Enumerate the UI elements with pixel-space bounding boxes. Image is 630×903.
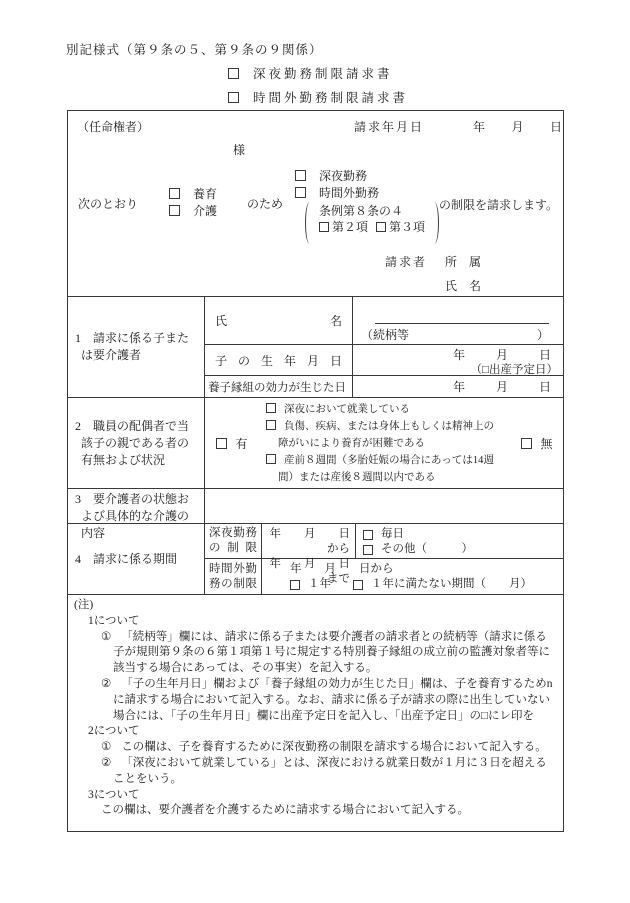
expected-birth-note: （□出産予定日） — [471, 361, 558, 377]
night-label-line2: の制限 — [209, 541, 257, 556]
ordinance-para2-label: 第２項 — [332, 219, 368, 235]
night-everyday-checkbox[interactable] — [363, 530, 373, 540]
form-reference: 別記様式（第９条の５、第９条の９関係） — [66, 40, 323, 58]
overtime-period: 年 月 日から １年 １年に満たない期間（ 月） — [262, 559, 563, 594]
night-other-option: その他（ ） — [363, 542, 563, 557]
ordinance-para2-checkbox[interactable] — [319, 222, 329, 232]
note-marker: ② — [101, 757, 111, 769]
note-marker: ① — [101, 631, 111, 643]
spouse-absent-option: 無 — [513, 435, 561, 452]
note-group-2-title: 2について — [74, 724, 555, 740]
form-title-night-label: 深夜勤務制限請求書 — [253, 64, 393, 82]
section-2-content: 有 深夜において就業している 負傷、疾病、または身体上もしくは精神上の障がいによ… — [205, 398, 563, 488]
form-body: （任命権者） 請求年月日 年 月 日 様 次のとおり 養育 介護 のため — [67, 110, 564, 832]
year-unit: 年 — [453, 346, 465, 363]
request-suffix-text: の制限を請求します。 — [439, 196, 558, 213]
section-1-heading: 1 請求に係る子または要介護者 — [68, 297, 205, 397]
ordinance-content: 条例第８条の４ 第２項 第３項 — [314, 202, 430, 244]
name-row-label-text: 氏名 — [215, 312, 342, 329]
requester-label: 請求者 — [385, 253, 427, 270]
reason-childcare-label: 養育 — [193, 185, 217, 202]
name-fill-line[interactable] — [375, 323, 549, 324]
restriction-night-row: 深夜勤務 — [295, 167, 379, 184]
note-text: 「深夜において就業している」とは、深夜における就業日数が１月に３日を超えることを… — [113, 757, 547, 785]
night-label-line1: 深夜勤務 — [209, 526, 257, 541]
reason-childcare-row: 養育 — [169, 185, 217, 202]
spouse-absent-label: 無 — [540, 435, 552, 452]
purpose-text: のため — [247, 195, 283, 212]
relation-note-text: （続柄等 — [361, 326, 409, 343]
relation-note: （続柄等 ） — [361, 326, 549, 343]
note-group-1-title: 1について — [74, 614, 555, 630]
condition-3-label: 産前８週間（多胎妊娠の場合にあっては14週間）または産後８週間以内である — [278, 455, 494, 483]
ordinance-para3: 第３項 — [376, 219, 425, 235]
ordinance-text: 条例第８条の４ — [319, 203, 425, 219]
condition-3-checkbox[interactable] — [266, 454, 276, 464]
adoption-row-label-text: 養子縁組の効力が生じた日 — [208, 379, 346, 395]
note-item: ①「続柄等」欄には、請求に係る子または要介護者の請求者との続柄等（請求に係る子が… — [74, 630, 555, 677]
note-marker: ② — [101, 678, 111, 690]
section-4-heading: 4 請求に係る期間 — [68, 524, 205, 594]
condition-item: 深夜において就業している — [266, 401, 504, 418]
reason-childcare-checkbox[interactable] — [169, 188, 180, 199]
condition-item: 負傷、疾病、または身体上もしくは精神上の障がいにより養育が困難である — [266, 418, 504, 452]
night-restriction-row: 深夜勤務 の制限 年 月 日から 年 月 日まで 毎日 — [205, 524, 563, 559]
section-2-heading: 2 職員の配偶者で当該子の親である者の有無および状況 — [68, 398, 205, 488]
restriction-options: 深夜勤務 時間外勤務 — [295, 167, 379, 201]
birth-row-label-text: 子の生年月日 — [215, 352, 342, 369]
adoption-row-value: 年 月 日 — [353, 376, 563, 397]
relation-note-close: ） — [537, 326, 549, 343]
condition-2-checkbox[interactable] — [266, 420, 276, 430]
night-everyday-option: 毎日 — [363, 527, 563, 542]
name-row-label: 氏名 — [205, 297, 353, 344]
night-other-checkbox[interactable] — [363, 545, 373, 555]
bracket-left-icon — [305, 202, 314, 244]
overtime-period-from: 年 月 日から — [290, 562, 558, 577]
birth-row: 子の生年月日 年 月 日 （□出産予定日） — [205, 345, 563, 376]
document-page: 別記様式（第９条の５、第９条の９関係） 深夜勤務制限請求書 時間外勤務制限請求書… — [0, 0, 630, 903]
condition-2-label: 負傷、疾病、または身体上もしくは精神上の障がいにより養育が困難である — [278, 421, 494, 449]
intro-text: 次のとおり — [78, 195, 138, 212]
night-other-label: その他（ ） — [381, 542, 473, 557]
form-title-night-row: 深夜勤務制限請求書 — [228, 64, 393, 82]
ordinance-para3-checkbox[interactable] — [376, 222, 386, 232]
name-row-value: （続柄等 ） — [353, 297, 563, 344]
restriction-night-checkbox[interactable] — [295, 170, 306, 181]
title-overtime-checkbox[interactable] — [228, 92, 239, 103]
name-label: 氏 名 — [445, 277, 481, 294]
overtime-oneyear-label: １年 — [308, 577, 331, 592]
note-text: この欄は、子を養育するために深夜勤務の制限を請求する場合において記入する。 — [121, 741, 547, 753]
section-4: 4 請求に係る期間 深夜勤務 の制限 年 月 日から 年 月 日まで — [68, 524, 563, 595]
section-3-content — [205, 489, 563, 523]
condition-item: 産前８週間（多胎妊娠の場合にあっては14週間）または産後８週間以内である — [266, 452, 504, 486]
ordinance-bracket: 条例第８条の４ 第２項 第３項 — [305, 202, 439, 244]
overtime-lessthanyear-checkbox[interactable] — [353, 580, 363, 590]
ordinance-options: 第２項 第３項 — [319, 219, 425, 235]
restriction-overtime-row: 時間外勤務 — [295, 184, 379, 201]
note-marker: ① — [101, 741, 111, 753]
overtime-lessthanyear-option: １年に満たない期間（ 月） — [353, 577, 532, 592]
year-unit: 年 — [453, 378, 465, 395]
birth-row-value: 年 月 日 （□出産予定日） — [353, 345, 563, 375]
note-item: ②「深夜において就業している」とは、深夜における就業日数が１月に３日を超えること… — [74, 756, 555, 788]
restriction-overtime-label: 時間外勤務 — [319, 184, 379, 201]
spouse-present-label: 有 — [235, 435, 247, 452]
overtime-label-line1: 時間外勤 — [209, 562, 257, 577]
night-restriction-label: 深夜勤務 の制限 — [205, 524, 262, 558]
reason-nursing-label: 介護 — [193, 202, 217, 219]
ordinance-para2: 第２項 — [319, 219, 368, 235]
title-night-checkbox[interactable] — [228, 68, 239, 79]
form-title-overtime-label: 時間外勤務制限請求書 — [253, 88, 408, 106]
form-header: （任命権者） 請求年月日 年 月 日 様 次のとおり 養育 介護 のため — [68, 111, 563, 297]
note-group-3-title: 3について — [74, 788, 555, 804]
appointer-label: （任命権者） — [77, 118, 149, 135]
condition-1-label: 深夜において就業している — [284, 404, 410, 415]
year-unit: 年 — [473, 118, 485, 135]
restriction-night-label: 深夜勤務 — [319, 167, 367, 184]
restriction-overtime-checkbox[interactable] — [295, 187, 306, 198]
night-everyday-label: 毎日 — [381, 527, 404, 542]
birth-row-label: 子の生年月日 — [205, 345, 353, 375]
section-1: 1 請求に係る子または要介護者 氏名 （続柄等 ） — [68, 297, 563, 398]
spouse-present-option: 有 — [207, 435, 257, 452]
conditions-list: 深夜において就業している 負傷、疾病、または身体上もしくは精神上の障がいにより養… — [266, 401, 504, 486]
overtime-label-line2: 務の制限 — [209, 577, 257, 592]
honorific-label: 様 — [233, 141, 245, 158]
reason-options: 養育 介護 — [169, 185, 217, 219]
section-4-heading-text: 4 請求に係る期間 — [75, 551, 177, 568]
notes-section: (注) 1について ①「続柄等」欄には、請求に係る子または要介護者の請求者との続… — [68, 595, 563, 819]
section-1-heading-text: 1 請求に係る子または要介護者 — [75, 330, 199, 364]
month-unit: 月 — [511, 118, 523, 135]
overtime-lessthanyear-label: １年に満たない期間（ 月） — [371, 577, 532, 592]
affiliation-label: 所 属 — [445, 253, 481, 270]
day-unit: 日 — [550, 118, 562, 135]
month-unit: 月 — [496, 378, 508, 395]
spouse-absent-checkbox[interactable] — [521, 438, 532, 449]
night-period: 年 月 日から 年 月 日まで — [262, 524, 356, 558]
overtime-options: １年 １年に満たない期間（ 月） — [290, 577, 558, 592]
form-title-overtime-row: 時間外勤務制限請求書 — [228, 88, 408, 106]
name-row: 氏名 （続柄等 ） — [205, 297, 563, 345]
night-options: 毎日 その他（ ） — [356, 524, 563, 558]
night-period-from: 年 月 日から — [262, 527, 350, 557]
request-date-label: 請求年月日 — [354, 118, 424, 135]
overtime-oneyear-option: １年 — [290, 577, 331, 592]
request-date-units: 年 月 日 — [473, 118, 562, 135]
notes-heading: (注) — [74, 598, 555, 614]
adoption-date-units: 年 月 日 — [453, 378, 551, 395]
note-text: この欄は、要介護者を介護するために請求する場合において記入する。 — [74, 803, 555, 819]
overtime-restriction-row: 時間外勤 務の制限 年 月 日から １年 １年に満たない — [205, 559, 563, 594]
note-item: ①この欄は、子を養育するために深夜勤務の制限を請求する場合において記入する。 — [74, 740, 555, 756]
reason-nursing-checkbox[interactable] — [169, 205, 180, 216]
ordinance-para3-label: 第３項 — [389, 219, 425, 235]
bracket-right-icon — [430, 202, 439, 244]
overtime-restriction-label: 時間外勤 務の制限 — [205, 559, 262, 594]
overtime-oneyear-checkbox[interactable] — [290, 580, 300, 590]
reason-nursing-row: 介護 — [169, 202, 217, 219]
note-item: ②「子の生年月日」欄および「養子縁組の効力が生じた日」欄は、子を養育するためnに… — [74, 677, 555, 724]
section-3-heading: 3 要介護者の状態および具体的な介護の内容 — [68, 489, 205, 523]
note-text: 「子の生年月日」欄および「養子縁組の効力が生じた日」欄は、子を養育するためnに請… — [113, 678, 553, 722]
condition-1-checkbox[interactable] — [266, 403, 276, 413]
section-2-heading-text: 2 職員の配偶者で当該子の親である者の有無および状況 — [75, 418, 199, 469]
spouse-present-checkbox[interactable] — [216, 438, 227, 449]
day-unit: 日 — [539, 378, 551, 395]
adoption-row: 養子縁組の効力が生じた日 年 月 日 — [205, 376, 563, 397]
note-text: 「続柄等」欄には、請求に係る子または要介護者の請求者との続柄等（請求に係る子が規… — [113, 631, 550, 675]
adoption-row-label: 養子縁組の効力が生じた日 — [205, 376, 353, 397]
section-3: 3 要介護者の状態および具体的な介護の内容 — [68, 489, 563, 524]
section-2: 2 職員の配偶者で当該子の親である者の有無および状況 有 深夜において就業してい… — [68, 398, 563, 489]
